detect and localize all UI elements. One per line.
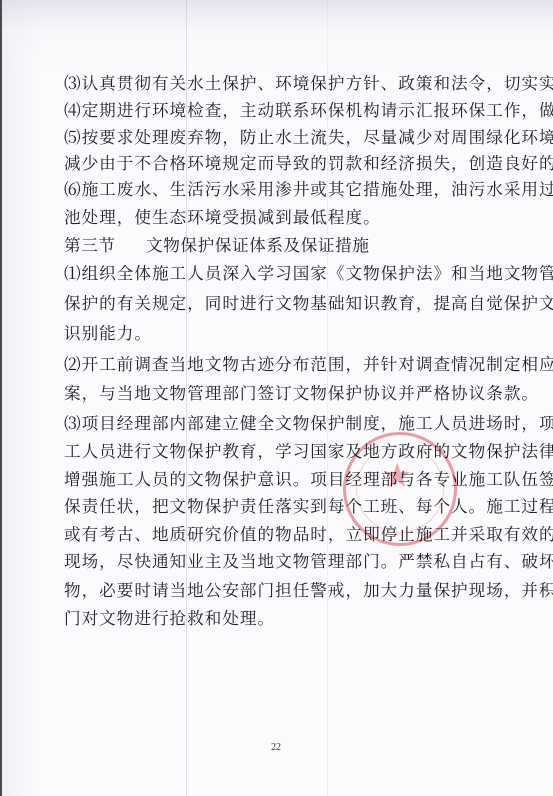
paragraph-line: 案，与当地文物管理部门签订文物保护协议并严格协议条款。 [64, 384, 539, 404]
page-number: 22 [271, 742, 281, 753]
paragraph-line: 现场，尽快通知业主及当地文物管理部门。严禁私自占有、破坏和非法买卖文 [64, 552, 553, 572]
paragraph-line: 保护的有关规定，同时进行文物基础知识教育，提高自觉保护文物意识和文物 [64, 294, 553, 314]
paragraph-line: ⑹施工废水、生活污水采用渗井或其它措施处理，油污水采用过滤方法或沉淀 [64, 180, 553, 200]
paragraph-line: ⑴组织全体施工人员深入学习国家《文物保护法》和当地文物管理部门对文物 [64, 264, 553, 284]
paragraph-line: 保责任状，把文物保护责任落实到每个工班、每个人。施工过程中如发现文物 [64, 497, 553, 517]
paragraph-line: 门对文物进行抢救和处理。 [64, 609, 275, 629]
paragraph-line: 或有考古、地质研究价值的物品时，立即停止施工并采取有效的防护措施保护 [64, 525, 553, 545]
paragraph-line: ⑶项目经理部内部建立健全文物保护制度，施工人员进场时，项目经理部向施 [64, 414, 553, 434]
paragraph-line: ⑷定期进行环境检查，主动联系环保机构请示汇报环保工作，做到文明施工； [64, 101, 553, 121]
paragraph-line: 池处理，使生态环境受损减到最低程度。 [64, 208, 381, 228]
paragraph-line: ⑸按要求处理废弃物，防止水土流失，尽量减少对周围绿化环境的影响破坏， [64, 128, 553, 148]
section-heading: 第三节文物保护保证体系及保证措施 [64, 236, 370, 256]
scan-left-edge [0, 0, 2, 796]
paragraph-line: ⑶认真贯彻有关水土保护、环境保护方针、政策和法令，切实实施相关文件； [64, 74, 553, 94]
paragraph-line: 增强施工人员的文物保护意识。项目经理部与各专业施工队伍签订文物保护包 [64, 470, 553, 490]
section-title: 文物保护保证体系及保证措施 [146, 236, 370, 255]
paragraph-line: 识别能力。 [64, 324, 152, 344]
paragraph-line: ⑵开工前调查当地文物古迹分布范围，并针对调查情况制定相应的文物保护方 [64, 355, 553, 375]
paragraph-line: 工人员进行文物保护教育，学习国家及地方政府的文物保护法律、法规和条例， [64, 442, 553, 462]
paragraph-line: 减少由于不合格环境规定而导致的罚款和经济损失，创造良好的文明施工环境； [64, 154, 553, 174]
section-number: 第三节 [64, 236, 146, 256]
paragraph-line: 物，必要时请当地公安部门担任警戒，加大力量保护现场，并积极配合文物部 [64, 581, 553, 601]
